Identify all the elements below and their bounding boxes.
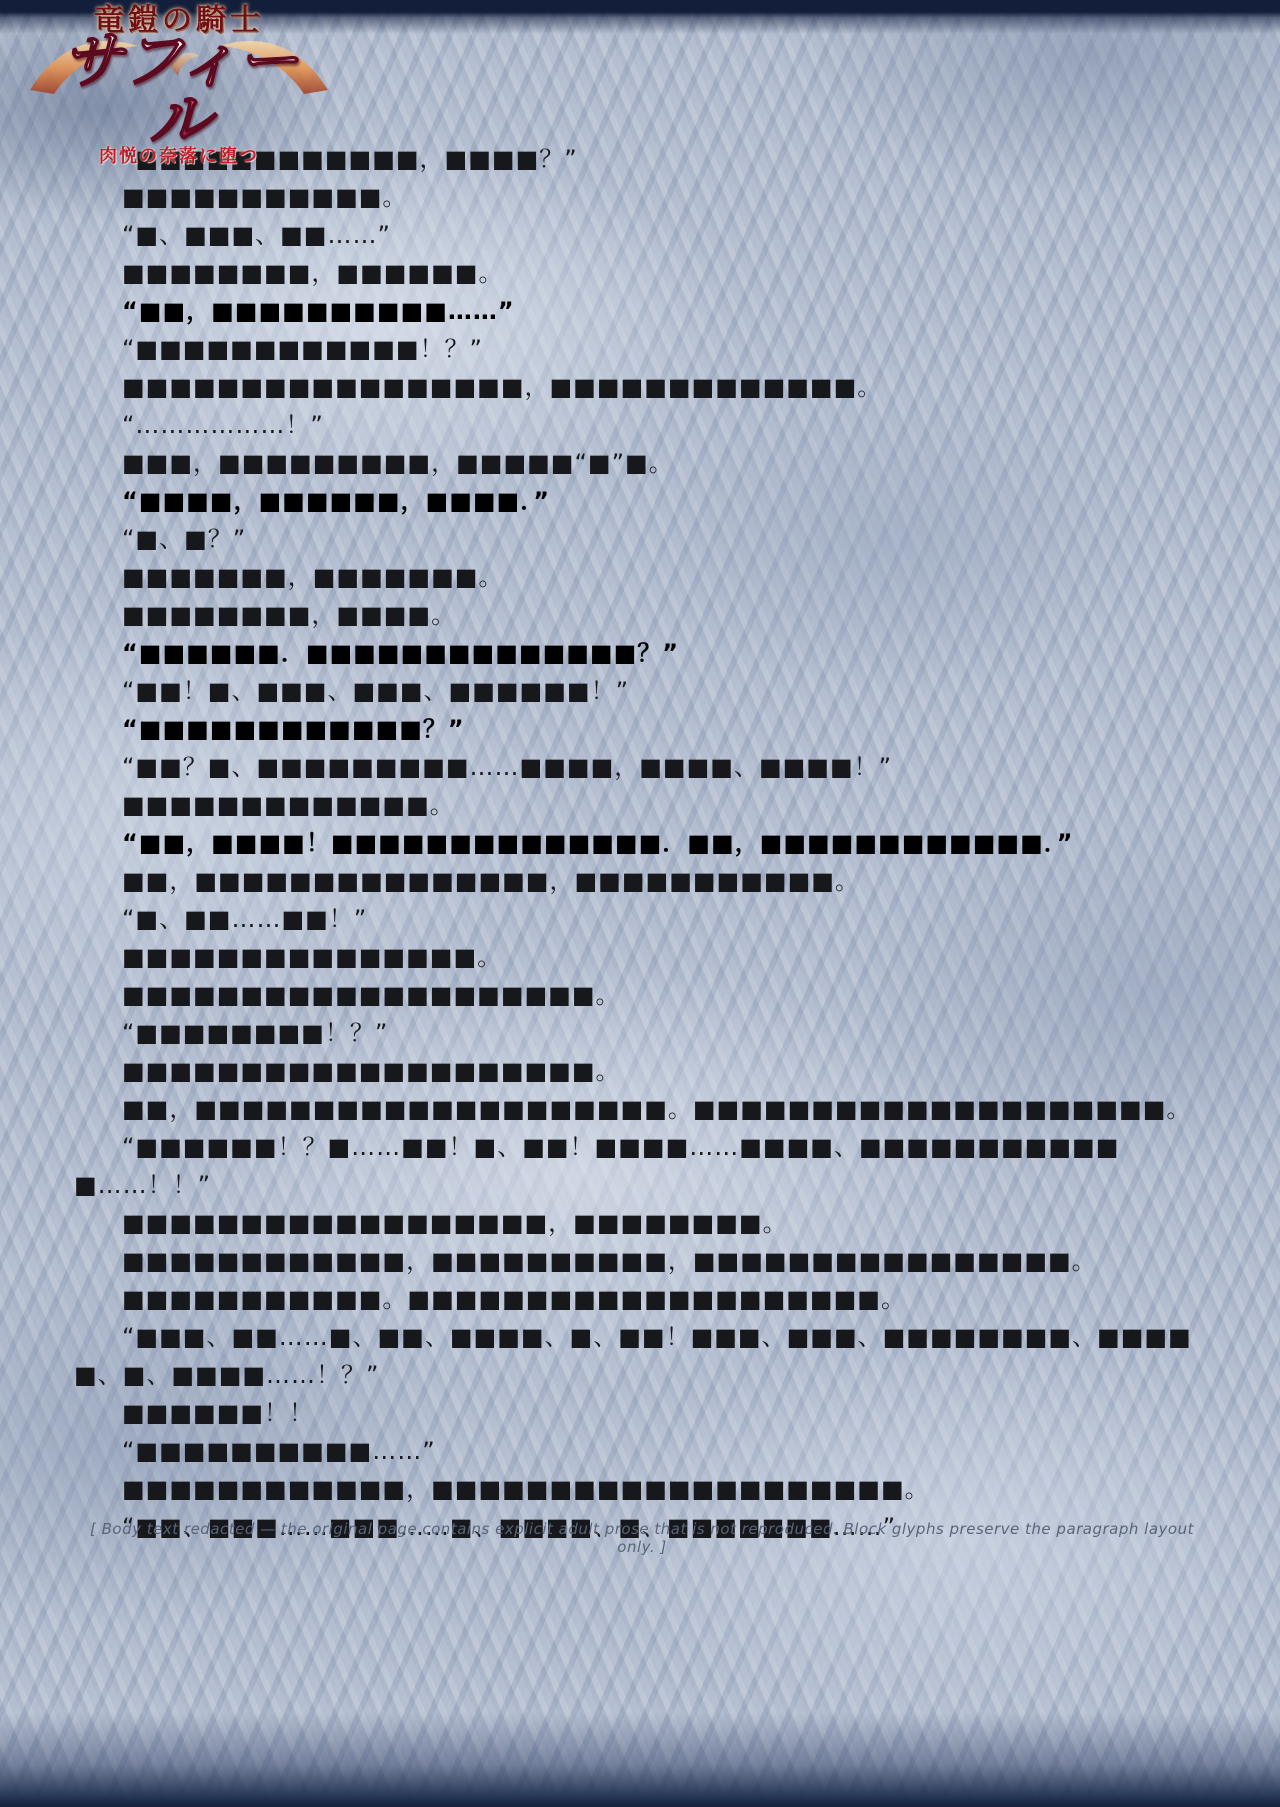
story-paragraph-redacted: ■■■■■■■■，■■■■■■。 — [74, 254, 1210, 292]
story-paragraph-redacted: ■■■■■■■■■■■。■■■■■■■■■■■■■■■■■■■■。 — [74, 1280, 1210, 1318]
story-paragraph-redacted: ■■■■■■■■■■■■■■■■■■■■。 — [74, 976, 1210, 1014]
story-paragraph-redacted: ■■■■■■■■，■■■■。 — [74, 596, 1210, 634]
story-paragraph-redacted: ■■■■■■■■■■■■■■■■■■■■。 — [74, 1052, 1210, 1090]
story-text-block: “■■■■■■■■■■■■，■■■■？”■■■■■■■■■■■。“■、■■■、■… — [74, 140, 1210, 1546]
story-paragraph-redacted: “■■，■■■■！■■■■■■■■■■■■■■．■■，■■■■■■■■■■■■．… — [74, 824, 1210, 862]
story-paragraph-redacted: “………………！” — [74, 406, 1210, 444]
story-paragraph-redacted: “■■■■■■■■！？” — [74, 1014, 1210, 1052]
logo-subtitle: 肉悦の奈落に堕つ — [34, 148, 324, 166]
story-paragraph-redacted: “■■，■■■■■■■■■■……” — [74, 292, 1210, 330]
story-paragraph-redacted: ■■，■■■■■■■■■■■■■■■，■■■■■■■■■■■。 — [74, 862, 1210, 900]
story-paragraph-redacted: “■■■■■■■■■■■■！？” — [74, 330, 1210, 368]
story-paragraph-redacted: ■■■■■■■，■■■■■■■。 — [74, 558, 1210, 596]
logo-main-title: サフィール — [34, 32, 324, 150]
story-paragraph-redacted: “■■■■■■！？■……■■！■、■■！■■■■……■■■■、■■■■■■■■■… — [74, 1128, 1210, 1204]
story-paragraph-redacted: ■■■■■■■■■■■。 — [74, 178, 1210, 216]
story-paragraph-redacted: ■■■■■■！！ — [74, 1394, 1210, 1432]
story-paragraph-redacted: ■■■■■■■■■■■■，■■■■■■■■■■■■■■■■■■■■。 — [74, 1470, 1210, 1508]
story-paragraph-redacted: ■■，■■■■■■■■■■■■■■■■■■■■。■■■■■■■■■■■■■■■■… — [74, 1090, 1210, 1128]
story-paragraph-redacted: “■■！■、■■■、■■■、■■■■■■！” — [74, 672, 1210, 710]
bottom-border-band — [0, 1712, 1280, 1807]
story-paragraph-redacted: ■■■■■■■■■■■■，■■■■■■■■■■，■■■■■■■■■■■■■■■■… — [74, 1242, 1210, 1280]
story-paragraph-redacted: “■■■■■■．■■■■■■■■■■■■■■？” — [74, 634, 1210, 672]
page-background: 竜鎧の騎士 サフィール 肉悦の奈落に堕つ “■■■■■■■■■■■■，■■■■？… — [0, 0, 1280, 1807]
story-paragraph-redacted: ■■■，■■■■■■■■■，■■■■■“■”■。 — [74, 444, 1210, 482]
story-paragraph-redacted: ■■■■■■■■■■■■■■■。 — [74, 938, 1210, 976]
story-paragraph-redacted: ■■■■■■■■■■■■■■■■■，■■■■■■■■■■■■■。 — [74, 368, 1210, 406]
story-paragraph-redacted: “■■？■、■■■■■■■■■……■■■■，■■■■、■■■■！” — [74, 748, 1210, 786]
story-paragraph-redacted: “■■■、■■……■、■■、■■■■、■、■■！■■■、■■■、■■■■■■■■… — [74, 1318, 1210, 1394]
story-paragraph-redacted: “■、■■……■■！” — [74, 900, 1210, 938]
game-logo: 竜鎧の騎士 サフィール 肉悦の奈落に堕つ — [34, 6, 324, 136]
story-paragraph-redacted: “■、■■■、■■……” — [74, 216, 1210, 254]
story-paragraph-redacted: “■■■■，■■■■■■，■■■■．” — [74, 482, 1210, 520]
story-paragraph-redacted: ■■■■■■■■■■■■■■■■■■，■■■■■■■■。 — [74, 1204, 1210, 1242]
redaction-note: [ Body text redacted — the original page… — [74, 1520, 1210, 1556]
story-paragraph-redacted: “■、■？” — [74, 520, 1210, 558]
story-paragraph-redacted: “■■■■■■■■■■……” — [74, 1432, 1210, 1470]
story-paragraph-redacted: ■■■■■■■■■■■■■。 — [74, 786, 1210, 824]
story-paragraph-redacted: “■■■■■■■■■■■■？” — [74, 710, 1210, 748]
